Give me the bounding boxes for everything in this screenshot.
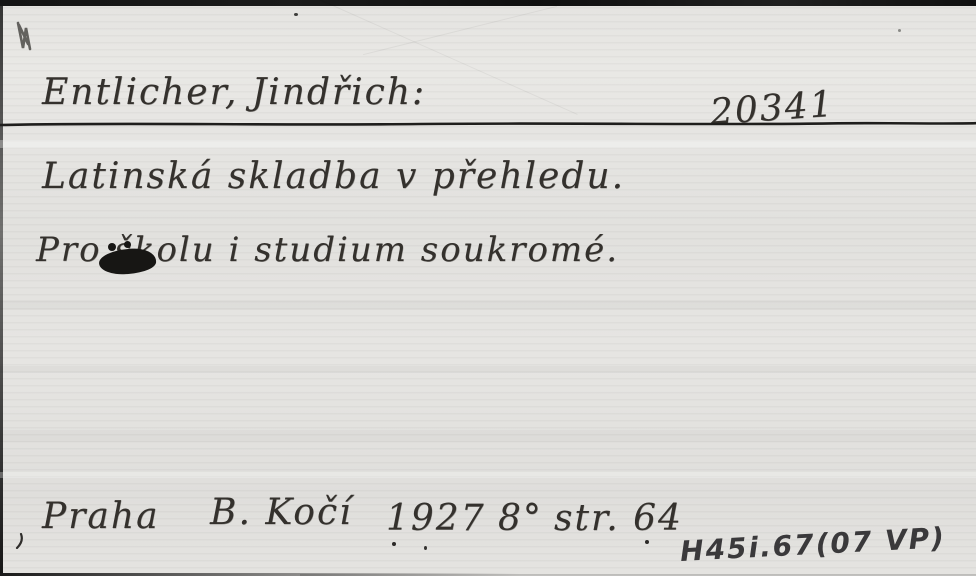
imprint-place: Praha (42, 496, 160, 537)
ink-blot-bump (124, 241, 131, 248)
imprint-year: 1927 (386, 498, 486, 539)
speckle (392, 542, 396, 546)
pencil-mark (13, 18, 39, 56)
header-rule (0, 118, 976, 130)
paper-streak (0, 300, 976, 310)
imprint-pages: str. 64 (554, 498, 683, 539)
catalog-card-scan: Entlicher, Jindřich: 20341 Latinská skla… (0, 0, 976, 576)
ink-blot-bump (108, 243, 116, 251)
speckle (645, 540, 649, 544)
title-line: Latinská skladba v přehledu. (42, 156, 625, 197)
speckle (294, 13, 298, 16)
scan-edge-top (0, 0, 976, 6)
speckle (424, 546, 427, 550)
paper-streak (0, 140, 976, 148)
paper-streak (0, 430, 976, 442)
paper-crease (363, 6, 557, 55)
paper-streak (0, 366, 976, 373)
imprint-format: 8° (498, 498, 543, 539)
classification-mark: H45i.67(07 VP) (679, 521, 946, 568)
imprint-publisher: B. Kočí (210, 492, 353, 533)
paper-streak (0, 472, 976, 478)
author-heading: Entlicher, Jindřich: (42, 72, 426, 113)
pen-tick (15, 533, 25, 549)
speckle (898, 29, 901, 32)
scan-edge-left (0, 0, 3, 576)
